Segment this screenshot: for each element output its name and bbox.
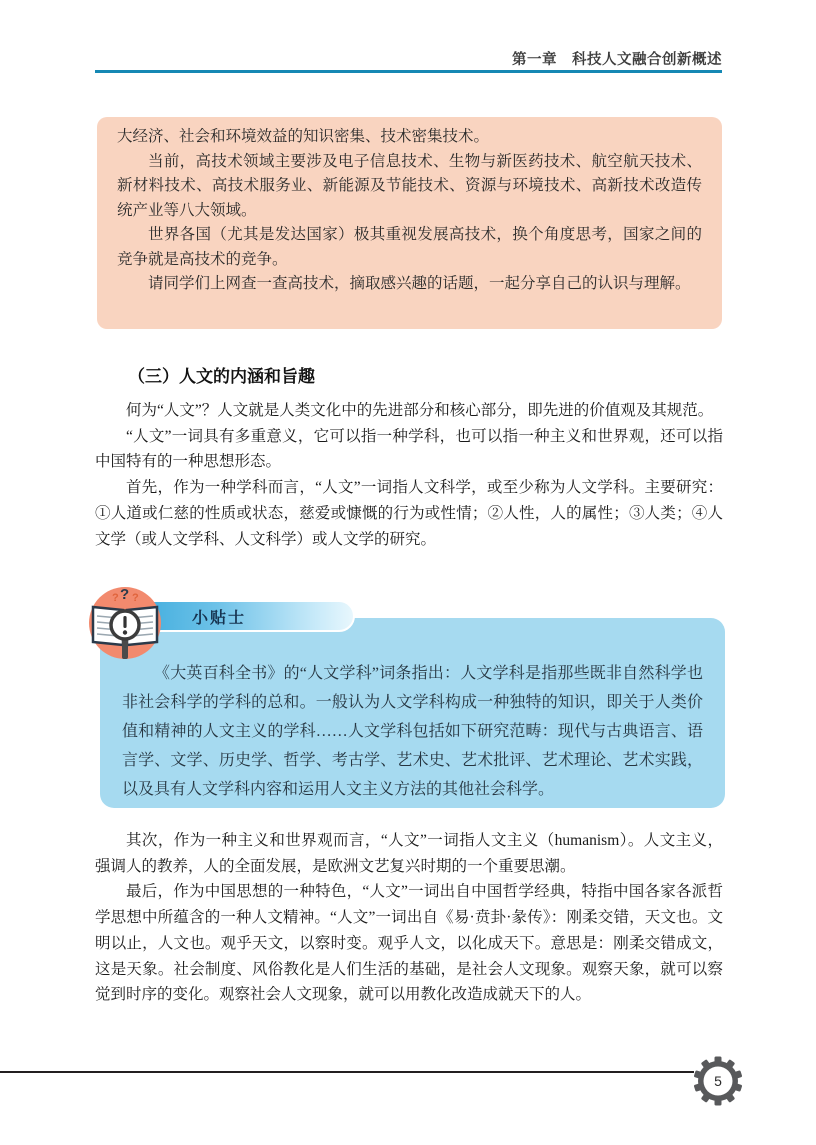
section-humanities-continued: 其次，作为一种主义和世界观而言，“人文”一词指人文主义（humanism）。人文… [95,828,723,1008]
tip-banner-label: 小贴士 [192,605,246,628]
body-paragraph: 其次，作为一种主义和世界观而言，“人文”一词指人文主义（humanism）。人文… [95,828,723,879]
book-magnifier-icon: ? ? ? [85,583,165,667]
body-paragraph: “人文”一词具有多重意义，它可以指一种学科，也可以指一种主义和世界观，还可以指中… [95,424,723,475]
chapter-header: 第一章 科技人文融合创新概述 [512,48,722,69]
page-number-gear-icon: 5 [693,1056,743,1106]
callout-paragraph: 大经济、社会和环境效益的知识密集、技术密集技术。 [117,125,702,150]
svg-text:?: ? [120,586,129,603]
svg-text:?: ? [132,592,139,604]
body-paragraph: 何为“人文”？人文就是人类文化中的先进部分和核心部分，即先进的价值观及其规范。 [95,398,723,424]
body-paragraph: 最后，作为中国思想的一种特色，“人文”一词出自中国哲学经典，特指中国各家各派哲学… [95,879,723,1008]
callout-paragraph: 当前，高技术领域主要涉及电子信息技术、生物与新医药技术、航空航天技术、新材料技术… [117,150,702,224]
section-heading: （三）人文的内涵和旨趣 [95,362,723,387]
footer-rule [0,1071,694,1073]
header-rule [95,70,722,73]
callout-paragraph: 请同学们上网查一查高技术，摘取感兴趣的话题，一起分享自己的认识与理解。 [117,272,702,297]
section-humanities: （三）人文的内涵和旨趣 何为“人文”？人文就是人类文化中的先进部分和核心部分，即… [95,362,723,552]
high-tech-callout-box: 大经济、社会和环境效益的知识密集、技术密集技术。 当前，高技术领域主要涉及电子信… [97,117,722,329]
callout-paragraph: 世界各国（尤其是发达国家）极其重视发展高技术，换个角度思考，国家之间的竞争就是高… [117,223,702,272]
tip-paragraph: 《大英百科全书》的“人文学科”词条指出：人文学科是指那些既非自然科学也非社会科学… [122,659,703,804]
tip-box: 《大英百科全书》的“人文学科”词条指出：人文学科是指那些既非自然科学也非社会科学… [100,618,725,808]
textbook-page: 第一章 科技人文融合创新概述 大经济、社会和环境效益的知识密集、技术密集技术。 … [0,0,816,1145]
body-paragraph: 首先，作为一种学科而言，“人文”一词指人文科学，或至少称为人文学科。主要研究：①… [95,475,723,552]
page-number: 5 [714,1073,722,1089]
svg-text:?: ? [112,592,119,604]
